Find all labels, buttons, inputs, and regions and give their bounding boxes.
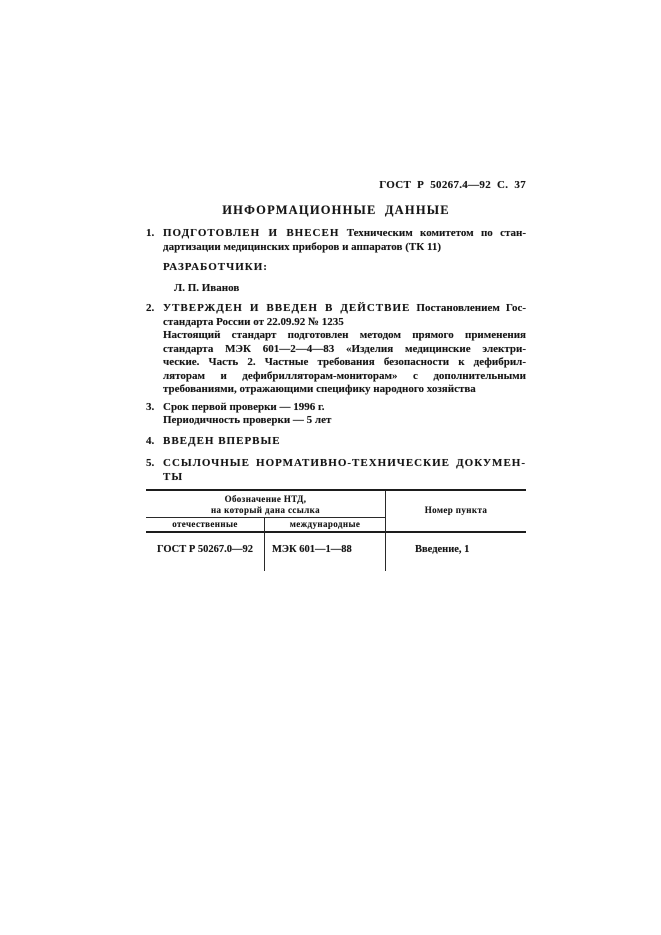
item-3-number: 3.	[146, 401, 154, 415]
item-4-number: 4.	[146, 435, 154, 449]
table-cell-clause-reference: Введение, 1	[385, 533, 526, 571]
list-item-2: 2. УТВЕРЖДЕН И ВВЕДЕН В ДЕЙСТВИЕ Постано…	[146, 302, 526, 397]
item-1-number: 1.	[146, 227, 154, 241]
table-header-clause-number: Номер пункта	[385, 491, 526, 533]
item-2-para-line: Настоящий стандарт подготовлен методом п…	[163, 329, 526, 343]
item-2-number: 2.	[146, 302, 154, 316]
table-header-clause-label: Номер пункта	[425, 504, 488, 518]
list-item-1: 1. ПОДГОТОВЛЕН И ВНЕСЕН Техническим коми…	[146, 227, 526, 295]
developers-label: РАЗРАБОТЧИКИ:	[163, 261, 526, 275]
item-2-para-line: ческие. Часть 2. Частные требования безо…	[163, 356, 526, 370]
list-item-5: 5. ССЫЛОЧНЫЕ НОРМАТИВНО-ТЕХНИЧЕСКИЕ ДОКУ…	[146, 457, 526, 484]
item-1-text-cont: дартизации медицинских приборов и аппара…	[163, 241, 526, 255]
item-2-para-line: ляторам и дефибрилляторам-мониторам» с д…	[163, 370, 526, 384]
list-item-4: 4. ВВЕДЕН ВПЕРВЫЕ	[146, 435, 526, 449]
item-2-heading: УТВЕРЖДЕН И ВВЕДЕН В ДЕЙСТВИЕ	[163, 302, 410, 314]
table-header-ntd-line2: на который дана ссылка	[146, 505, 385, 516]
table-header-ntd-designation: Обозначение НТД, на который дана ссылка	[146, 491, 385, 518]
item-2-text-cont: стандарта России от 22.09.92 № 1235	[163, 316, 526, 330]
item-1-text: Техническим комитетом по стан-	[347, 227, 526, 239]
table-subheader-international: международные	[264, 518, 385, 533]
item-1-heading: ПОДГОТОВЛЕН И ВНЕСЕН	[163, 227, 339, 239]
table-subheader-domestic: отечественные	[146, 518, 264, 533]
item-4-heading: ВВЕДЕН ВПЕРВЫЕ	[163, 435, 526, 449]
item-5-heading-cont: ТЫ	[163, 471, 526, 485]
item-2-para-line: стандарта МЭК 601—2—4—83 «Изделия медици…	[163, 343, 526, 357]
item-2-text: Постановлением Гос-	[416, 302, 526, 314]
references-table: Обозначение НТД, на который дана ссылка …	[146, 489, 526, 571]
item-5-heading: ССЫЛОЧНЫЕ НОРМАТИВНО-ТЕХНИЧЕСКИЕ ДОКУМЕН…	[163, 457, 526, 471]
item-5-number: 5.	[146, 457, 154, 471]
table-cell-domestic-standard: ГОСТ Р 50267.0—92	[146, 533, 264, 571]
page-header-ref: ГОСТ Р 50267.4—92 С. 37	[146, 179, 526, 193]
document-page: ГОСТ Р 50267.4—92 С. 37 ИНФОРМАЦИОННЫЕ Д…	[146, 179, 526, 571]
table-header-ntd-line1: Обозначение НТД,	[146, 494, 385, 505]
item-3-line: Срок первой проверки — 1996 г.	[163, 401, 526, 415]
item-2-para-line: требованиями, отражающими специфику наро…	[163, 383, 526, 397]
item-3-line: Периодичность проверки — 5 лет	[163, 414, 526, 428]
document-title: ИНФОРМАЦИОННЫЕ ДАННЫЕ	[146, 204, 526, 218]
developer-name: Л. П. Иванов	[163, 282, 526, 296]
list-item-3: 3. Срок первой проверки — 1996 г. Период…	[146, 401, 526, 428]
table-cell-international-standard: МЭК 601—1—88	[264, 533, 385, 571]
